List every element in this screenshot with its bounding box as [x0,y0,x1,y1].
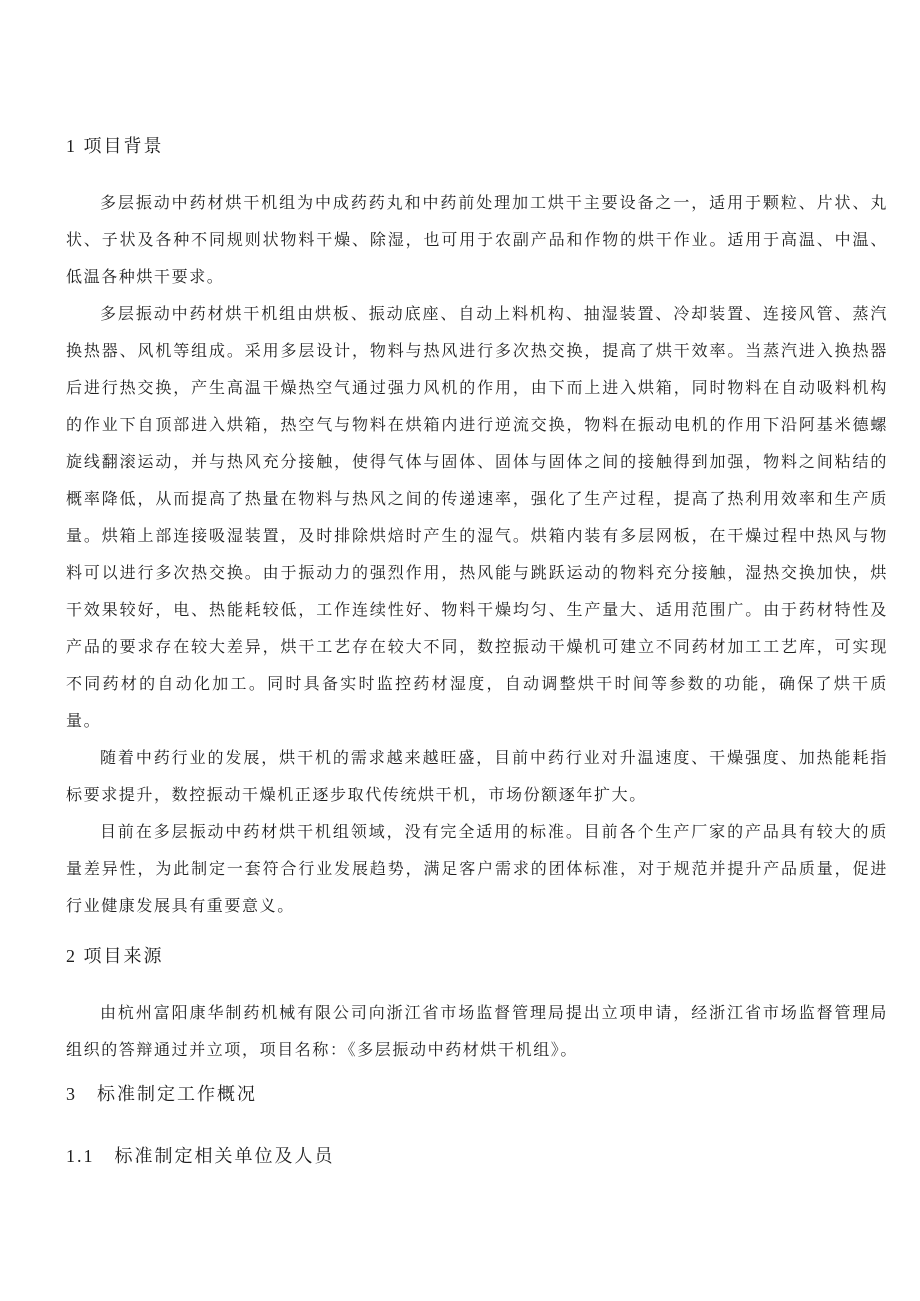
section-heading-project-background: 1 项目背景 [66,133,888,159]
document-page: 1 项目背景 多层振动中药材烘干机组为中成药药丸和中药前处理加工烘干主要设备之一… [0,0,920,1301]
paragraph-machine-composition: 多层振动中药材烘干机组由烘板、振动底座、自动上料机构、抽湿装置、冷却装置、连接风… [66,296,888,740]
section-heading-related-units-personnel: 1.1 标准制定相关单位及人员 [66,1143,888,1169]
paragraph-standard-significance: 目前在多层振动中药材烘干机组领域，没有完全适用的标准。目前各个生产厂家的产品具有… [66,814,888,925]
paragraph-project-approval: 由杭州富阳康华制药机械有限公司向浙江省市场监督管理局提出立项申请，经浙江省市场监… [66,995,888,1069]
section-heading-standard-work-overview: 3 标准制定工作概况 [66,1081,888,1107]
paragraph-industry-demand: 随着中药行业的发展，烘干机的需求越来越旺盛，目前中药行业对升温速度、干燥强度、加… [66,740,888,814]
section-heading-project-source: 2 项目来源 [66,943,888,969]
paragraph-equipment-overview: 多层振动中药材烘干机组为中成药药丸和中药前处理加工烘干主要设备之一，适用于颗粒、… [66,185,888,296]
